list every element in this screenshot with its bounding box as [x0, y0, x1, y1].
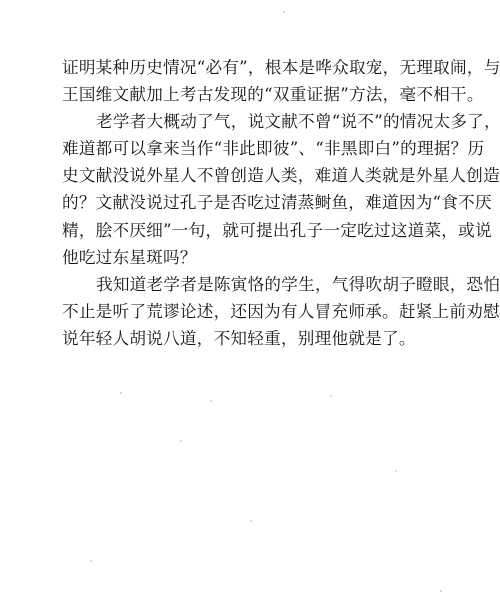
- body-text: 证明某种历史情况“必有”，根本是哗众取宠，无理取闹，与 王国维文献加上考古发现的…: [62, 54, 438, 352]
- text-line: 的？文献没说过孔子是否吃过清蒸鲥鱼，难道因为“食不厌: [62, 189, 438, 216]
- scan-speckle: [120, 392, 122, 394]
- text-line: 证明某种历史情况“必有”，根本是哗众取宠，无理取闹，与: [62, 54, 438, 81]
- text-line: 不止是听了荒谬论述，还因为有人冒充师承。赶紧上前劝慰，: [62, 298, 438, 325]
- text-line: 难道都可以拿来当作“非此即彼”、“非黑即白”的理据？历: [62, 135, 438, 162]
- paragraph-2: 老学者大概动了气，说文献不曾“说不”的情况太多了， 难道都可以拿来当作“非此即彼…: [62, 108, 438, 271]
- scan-speckle: [90, 560, 92, 562]
- text-line: 我知道老学者是陈寅恪的学生，气得吹胡子瞪眼，恐怕: [62, 271, 438, 298]
- text-line: 史文献没说外星人不曾创造人类，难道人类就是外星人创造: [62, 162, 438, 189]
- text-line: 王国维文献加上考古发现的“双重证据”方法，毫不相干。: [62, 81, 438, 108]
- scan-speckle: [395, 470, 397, 472]
- text-line: 说年轻人胡说八道，不知轻重，别理他就是了。: [62, 325, 438, 352]
- text-line: 他吃过东星斑吗？: [62, 244, 438, 271]
- text-line: 老学者大概动了气，说文献不曾“说不”的情况太多了，: [62, 108, 438, 135]
- scan-speckle: [180, 440, 182, 442]
- scan-speckle: [440, 590, 442, 592]
- text-line: 精，脍不厌细”一句，就可提出孔子一定吃过这道菜，或说: [62, 217, 438, 244]
- paragraph-1: 证明某种历史情况“必有”，根本是哗众取宠，无理取闹，与 王国维文献加上考古发现的…: [62, 54, 438, 108]
- scanned-page: 证明某种历史情况“必有”，根本是哗众取宠，无理取闹，与 王国维文献加上考古发现的…: [0, 0, 500, 606]
- scan-speckle: [283, 11, 285, 13]
- scan-speckle: [250, 520, 252, 522]
- scan-speckle: [330, 395, 332, 397]
- scan-speckle: [210, 400, 212, 402]
- paragraph-3: 我知道老学者是陈寅恪的学生，气得吹胡子瞪眼，恐怕 不止是听了荒谬论述，还因为有人…: [62, 271, 438, 352]
